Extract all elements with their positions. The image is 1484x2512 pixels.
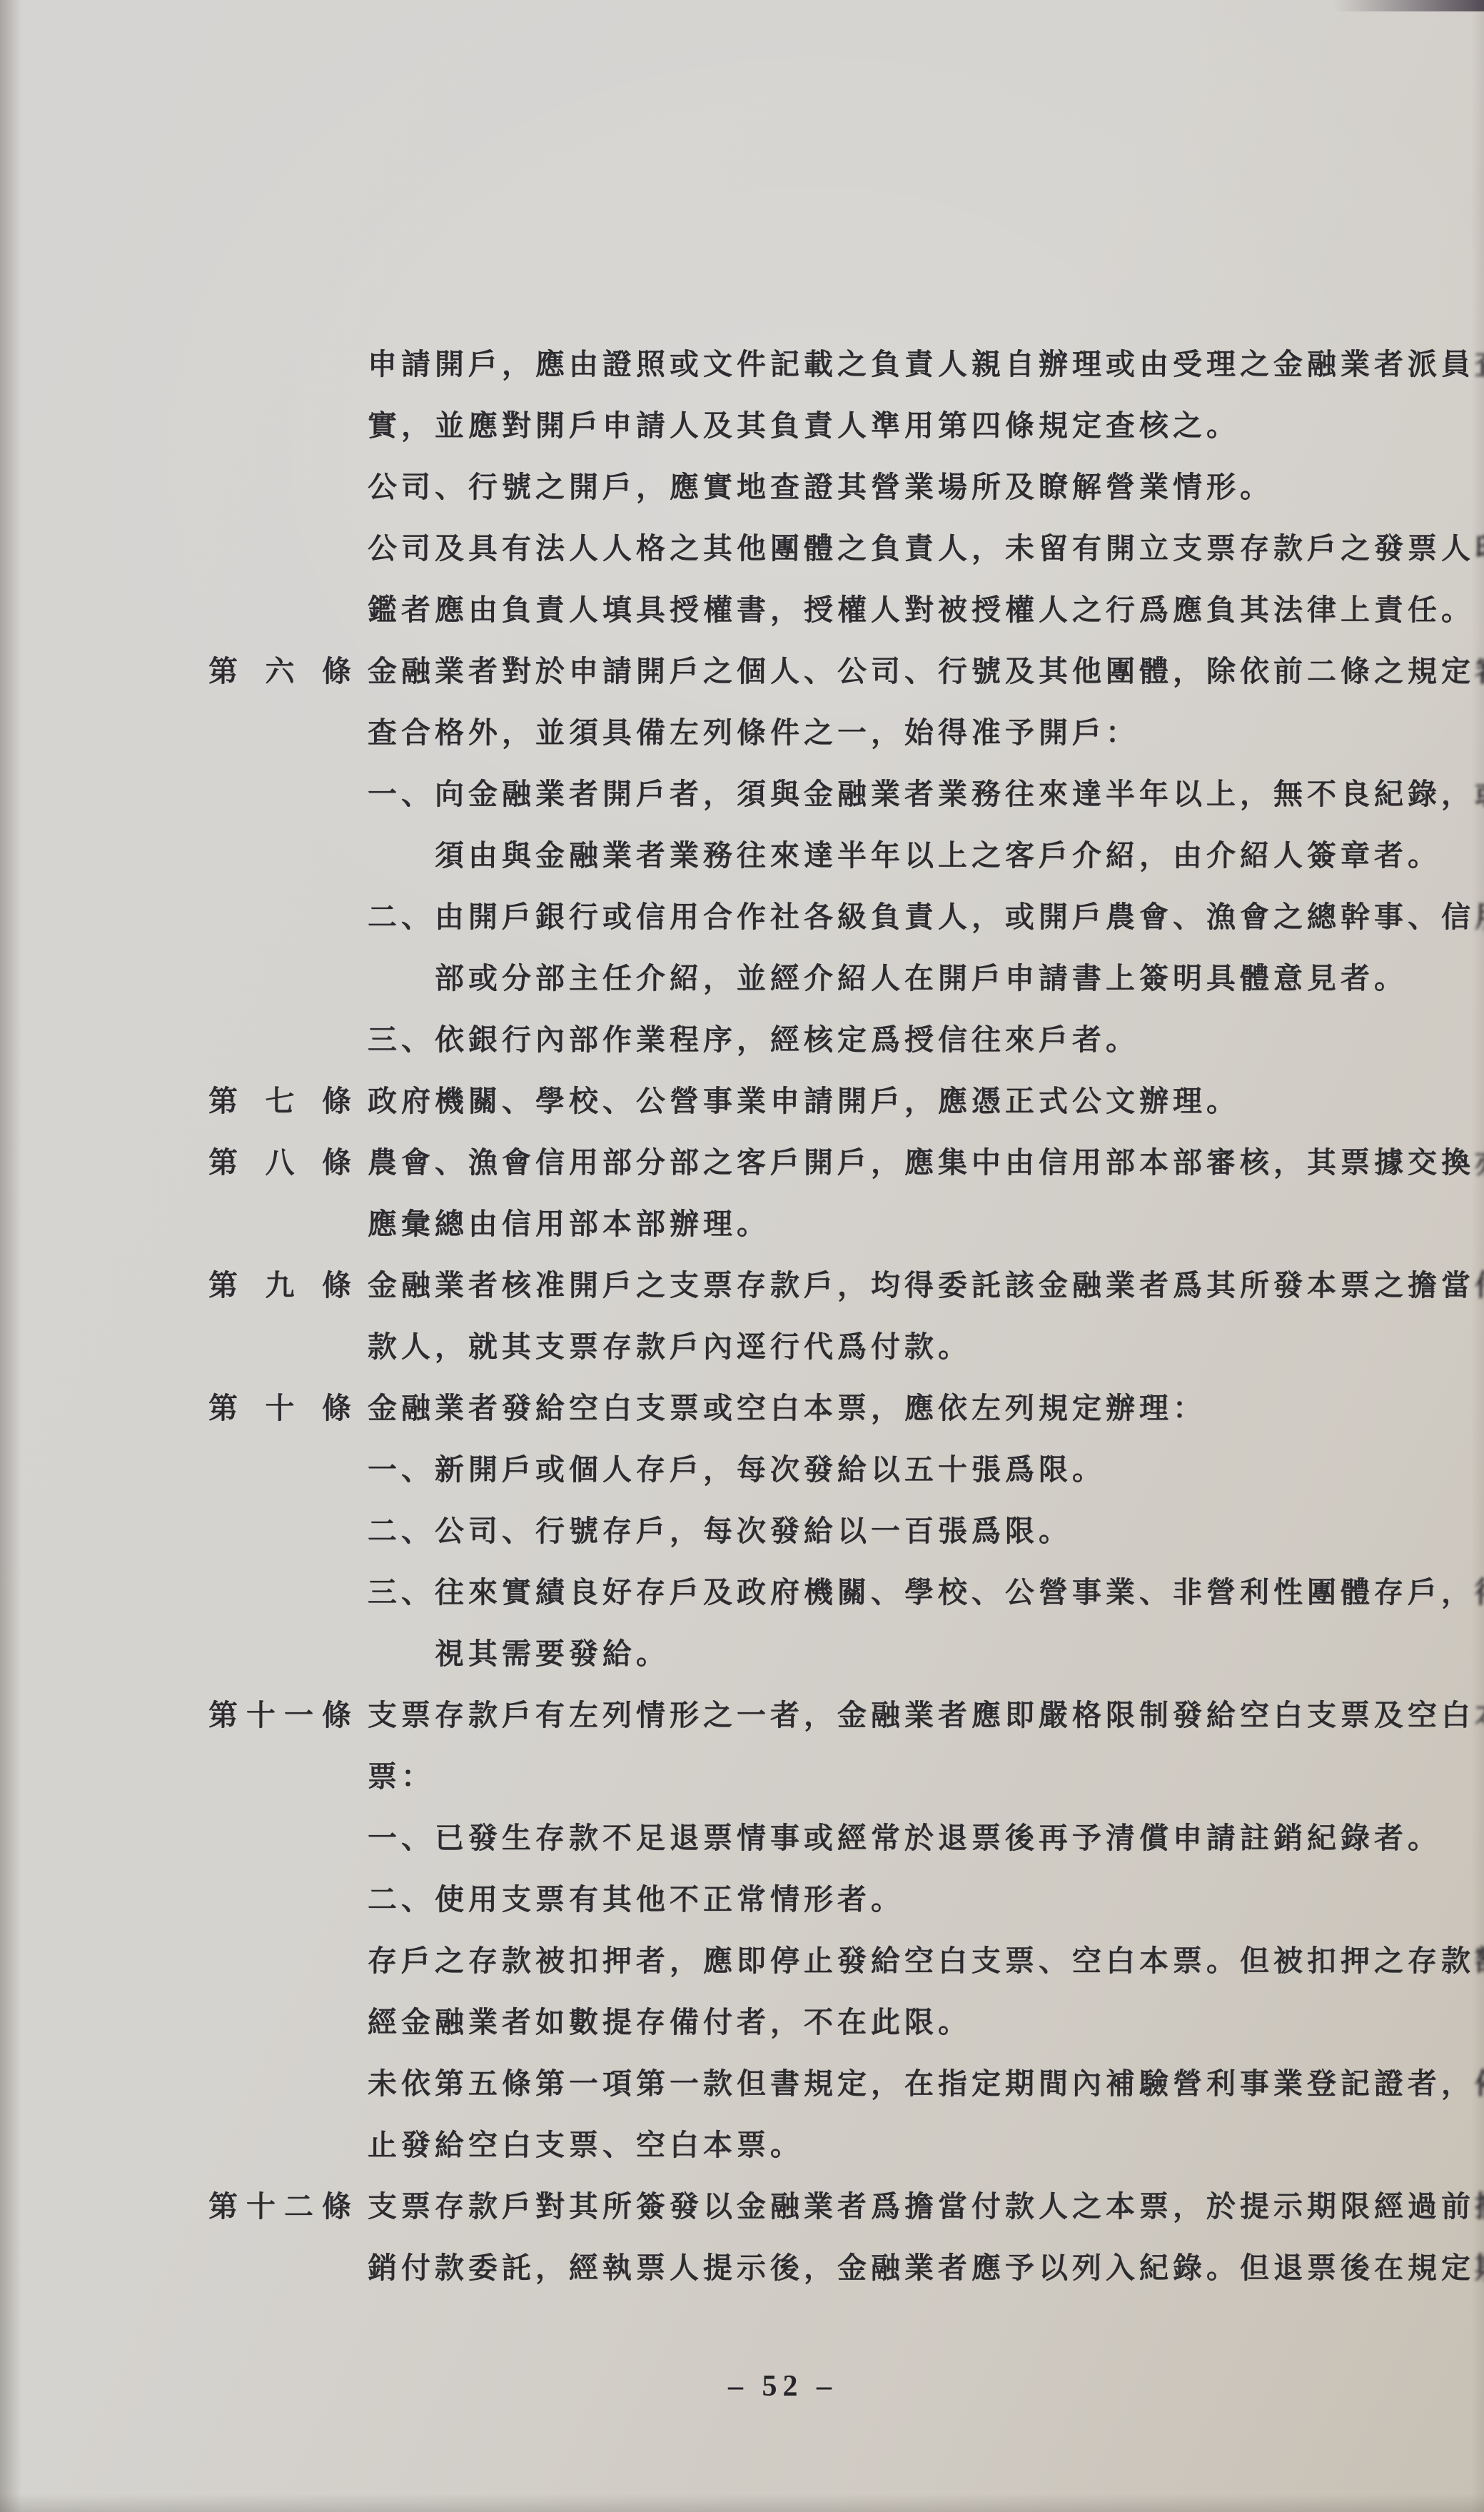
line-text: 經金融業者如數提存備付者，不在此限。 [368,1991,971,2053]
text-line: 第十條金融業者發給空白支票或空白本票，應依左列規定辦理： [0,1377,1484,1439]
line-text: 金融業者發給空白支票或空白本票，應依左列規定辦理： [368,1377,1206,1439]
text-line: 經金融業者如數提存備付者，不在此限。 [0,1991,1484,2053]
text-line: 未依第五條第一項第一款但書規定，在指定期間內補驗營利事業登記證者，停 [0,2053,1484,2114]
text-line: 款人，就其支票存款戶內逕行代爲付款。 [0,1316,1484,1377]
line-text: 查合格外，並須具備左列條件之一，始得准予開戶： [368,702,1139,763]
blurred-edge-character: 額 [1475,1930,1484,1991]
page-text: 申請開戶，應由證照或文件記載之負責人親自辦理或由受理之金融業者派員查實，並應對開… [0,333,1484,2299]
blurred-edge-character: 用 [1475,886,1484,948]
line-text: 金融業者核准開戶之支票存款戶，均得委託該金融業者爲其所發本票之擔當付 [368,1255,1484,1316]
line-text: 銷付款委託，經執票人提示後，金融業者應予以列入紀錄。但退票後在規定期 [368,2237,1484,2299]
blurred-edge-character: 亦 [1475,1132,1484,1193]
text-line: 公司、行號之開戶，應實地查證其營業場所及瞭解營業情形。 [0,456,1484,518]
photo-corner-shadow [1334,0,1484,11]
line-text: 支票存款戶對其所簽發以金融業者爲擔當付款人之本票，於提示期限經過前撤 [368,2176,1484,2237]
text-line: 一、新開戶或個人存戶，每次發給以五十張爲限。 [0,1439,1484,1500]
text-line: 實，並應對開戶申請人及其負責人準用第四條規定查核之。 [0,395,1484,456]
text-line: 止發給空白支票、空白本票。 [0,2114,1484,2176]
line-text: 鑑者應由負責人填具授權書，授權人對被授權人之行爲應負其法律上責任。 [368,579,1475,640]
article-number-label: 第九條 [208,1255,351,1316]
blurred-edge-character: 得 [1475,1562,1484,1623]
text-line: 三、依銀行內部作業程序，經核定爲授信往來戶者。 [0,1009,1484,1070]
blurred-edge-character: 期 [1475,2237,1484,2299]
text-line: 一、向金融業者開戶者，須與金融業者業務往來達半年以上，無不良紀錄，或 [0,763,1484,825]
text-line: 公司及具有法人人格之其他團體之負責人，未留有開立支票存款戶之發票人印 [0,518,1484,579]
blurred-edge-character: 本 [1475,1684,1484,1746]
line-text: 應彙總由信用部本部辦理。 [368,1193,770,1255]
line-text: 票： [368,1746,435,1807]
line-text: 三、依銀行內部作業程序，經核定爲授信往來戶者。 [368,1009,1139,1070]
line-text: 實，並應對開戶申請人及其負責人準用第四條規定查核之。 [368,395,1240,456]
text-line: 申請開戶，應由證照或文件記載之負責人親自辦理或由受理之金融業者派員查 [0,333,1484,395]
line-text: 公司、行號之開戶，應實地查證其營業場所及瞭解營業情形。 [368,456,1273,518]
article-number-label: 第十一條 [208,1684,351,1746]
line-text: 部或分部主任介紹，並經介紹人在開戶申請書上簽明具體意見者。 [435,948,1408,1009]
blurred-edge-character: 或 [1475,763,1484,825]
text-line: 視其需要發給。 [0,1623,1484,1684]
text-line: 銷付款委託，經執票人提示後，金融業者應予以列入紀錄。但退票後在規定期 [0,2237,1484,2299]
text-line: 第十二條支票存款戶對其所簽發以金融業者爲擔當付款人之本票，於提示期限經過前撤 [0,2176,1484,2237]
blurred-edge-character: 付 [1475,1255,1484,1316]
text-line: 二、公司、行號存戶，每次發給以一百張爲限。 [0,1500,1484,1562]
text-line: 二、由開戶銀行或信用合作社各級負責人，或開戶農會、漁會之總幹事、信用 [0,886,1484,948]
article-number-label: 第六條 [208,640,351,702]
text-line: 須由與金融業者業務往來達半年以上之客戶介紹，由介紹人簽章者。 [0,825,1484,886]
text-line: 鑑者應由負責人填具授權書，授權人對被授權人之行爲應負其法律上責任。 [0,579,1484,640]
blurred-edge-character: 停 [1475,2053,1484,2114]
article-number-label: 第八條 [208,1132,351,1193]
text-line: 一、已發生存款不足退票情事或經常於退票後再予清償申請註銷紀錄者。 [0,1807,1484,1869]
text-line: 票： [0,1746,1484,1807]
document-page: 申請開戶，應由證照或文件記載之負責人親自辦理或由受理之金融業者派員查實，並應對開… [0,0,1484,2512]
line-text: 二、公司、行號存戶，每次發給以一百張爲限。 [368,1500,1072,1562]
line-text: 政府機關、學校、公營事業申請開戶，應憑正式公文辦理。 [368,1070,1240,1132]
article-number-label: 第七條 [208,1070,351,1132]
line-text: 視其需要發給。 [435,1623,670,1684]
text-line: 第七條政府機關、學校、公營事業申請開戶，應憑正式公文辦理。 [0,1070,1484,1132]
line-text: 申請開戶，應由證照或文件記載之負責人親自辦理或由受理之金融業者派員查 [368,333,1484,395]
blurred-edge-character: 查 [1475,333,1484,395]
text-line: 第九條金融業者核准開戶之支票存款戶，均得委託該金融業者爲其所發本票之擔當付 [0,1255,1484,1316]
text-line: 第十一條支票存款戶有左列情形之一者，金融業者應即嚴格限制發給空白支票及空白本 [0,1684,1484,1746]
line-text: 金融業者對於申請開戶之個人、公司、行號及其他團體，除依前二條之規定審 [368,640,1484,702]
page-number: – 52 – [728,2365,837,2408]
line-text: 支票存款戶有左列情形之一者，金融業者應即嚴格限制發給空白支票及空白本 [368,1684,1484,1746]
line-text: 公司及具有法人人格之其他團體之負責人，未留有開立支票存款戶之發票人印 [368,518,1484,579]
blurred-edge-character: 審 [1475,640,1484,702]
line-text: 三、往來實績良好存戶及政府機關、學校、公營事業、非營利性團體存戶，得 [368,1562,1484,1623]
blurred-edge-character: 印 [1475,518,1484,579]
text-line: 三、往來實績良好存戶及政府機關、學校、公營事業、非營利性團體存戶，得 [0,1562,1484,1623]
line-text: 須由與金融業者業務往來達半年以上之客戶介紹，由介紹人簽章者。 [435,825,1441,886]
text-line: 部或分部主任介紹，並經介紹人在開戶申請書上簽明具體意見者。 [0,948,1484,1009]
article-number-label: 第十條 [208,1377,351,1439]
text-line: 第六條金融業者對於申請開戶之個人、公司、行號及其他團體，除依前二條之規定審 [0,640,1484,702]
line-text: 二、使用支票有其他不正常情形者。 [368,1869,904,1930]
page-bottom-shadow [0,2493,1484,2512]
text-line: 應彙總由信用部本部辦理。 [0,1193,1484,1255]
line-text: 款人，就其支票存款戶內逕行代爲付款。 [368,1316,971,1377]
line-text: 一、已發生存款不足退票情事或經常於退票後再予清償申請註銷紀錄者。 [368,1807,1441,1869]
article-number-label: 第十二條 [208,2176,351,2237]
text-line: 二、使用支票有其他不正常情形者。 [0,1869,1484,1930]
line-text: 存戶之存款被扣押者，應即停止發給空白支票、空白本票。但被扣押之存款額 [368,1930,1484,1991]
line-text: 二、由開戶銀行或信用合作社各級負責人，或開戶農會、漁會之總幹事、信用 [368,886,1484,948]
line-text: 未依第五條第一項第一款但書規定，在指定期間內補驗營利事業登記證者，停 [368,2053,1484,2114]
line-text: 一、向金融業者開戶者，須與金融業者業務往來達半年以上，無不良紀錄，或 [368,763,1484,825]
text-line: 第八條農會、漁會信用部分部之客戶開戶，應集中由信用部本部審核，其票據交換亦 [0,1132,1484,1193]
text-line: 查合格外，並須具備左列條件之一，始得准予開戶： [0,702,1484,763]
line-text: 止發給空白支票、空白本票。 [368,2114,804,2176]
text-line: 存戶之存款被扣押者，應即停止發給空白支票、空白本票。但被扣押之存款額 [0,1930,1484,1991]
line-text: 一、新開戶或個人存戶，每次發給以五十張爲限。 [368,1439,1106,1500]
blurred-edge-character: 撤 [1475,2176,1484,2237]
line-text: 農會、漁會信用部分部之客戶開戶，應集中由信用部本部審核，其票據交換亦 [368,1132,1484,1193]
